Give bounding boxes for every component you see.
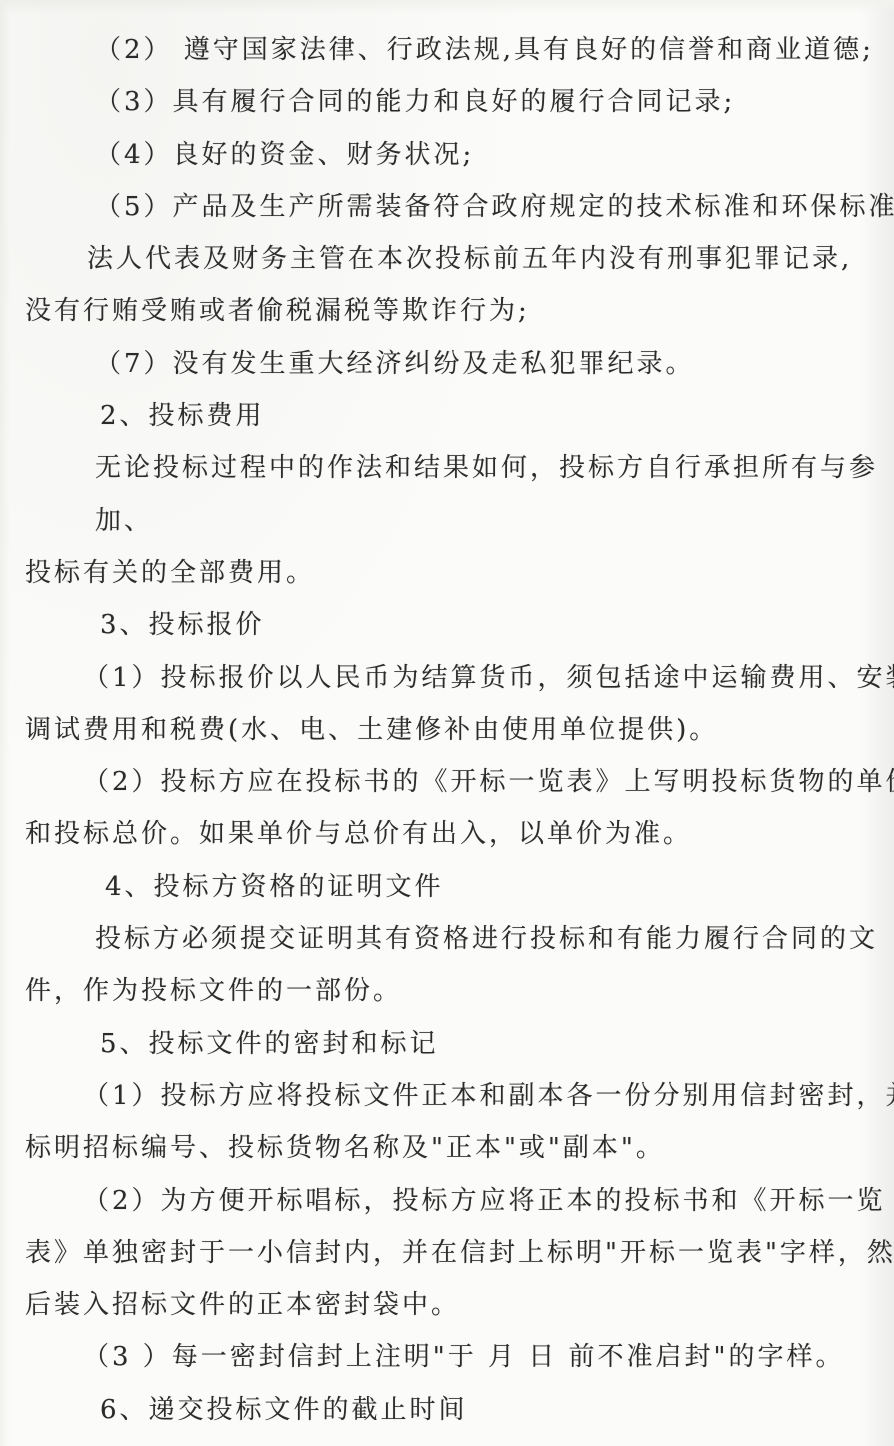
doc-line-section-5-cont-1: 标明招标编号、投标货物名称及"正本"或"副本"。: [25, 1122, 894, 1174]
doc-line-section-5-title: 5、投标文件的密封和标记: [100, 1018, 894, 1070]
doc-line-section-3-cont-1: 调试费用和税费(水、电、土建修补由使用单位提供)。: [25, 704, 894, 756]
doc-line-section-5-sub-2: （2）为方便开标唱标，投标方应将正本的投标书和《开标一览: [83, 1175, 894, 1227]
doc-line-section-3-cont-2: 和投标总价。如果单价与总价有出入，以单价为准。: [25, 808, 894, 860]
doc-line-section-2-cont-2: 投标有关的全部费用。: [25, 547, 894, 599]
doc-line-item-6-para: 法人代表及财务主管在本次投标前五年内没有刑事犯罪记录,: [87, 233, 894, 285]
doc-line-section-4-para: 投标方必须提交证明其有资格进行投标和有能力履行合同的文: [95, 913, 894, 965]
doc-line-item-5: （5）产品及生产所需装备符合政府规定的技术标准和环保标准;(6): [95, 181, 894, 233]
doc-line-section-2-cont-1: 加、: [95, 495, 894, 547]
doc-line-section-3-sub-2: （2）投标方应在投标书的《开标一览表》上写明投标货物的单价: [83, 756, 894, 808]
doc-line-item-4: （4）良好的资金、财务状况;: [95, 129, 894, 181]
doc-line-section-5-cont-2: 表》单独密封于一小信封内，并在信封上标明"开标一览表"字样，然: [25, 1227, 894, 1279]
doc-line-section-3-sub-1: （1）投标报价以人民币为结算货币，须包括途中运输费用、安装: [83, 652, 894, 704]
doc-line-section-5-sub-1: （1）投标方应将投标文件正本和副本各一份分别用信封密封，并: [83, 1070, 894, 1122]
doc-line-section-2-title: 2、投标费用: [100, 390, 894, 442]
doc-line-section-2-para: 无论投标过程中的作法和结果如何，投标方自行承担所有与参: [95, 442, 894, 494]
doc-line-item-2: （2） 遵守国家法律、行政法规,具有良好的信誉和商业道德;: [95, 24, 894, 76]
doc-line-section-4-cont: 件，作为投标文件的一部份。: [25, 965, 894, 1017]
doc-line-item-6-cont: 没有行贿受贿或者偷税漏税等欺诈行为;: [25, 285, 894, 337]
document-page: （2） 遵守国家法律、行政法规,具有良好的信誉和商业道德; （3）具有履行合同的…: [0, 0, 894, 1446]
doc-line-section-4-title: 4、投标方资格的证明文件: [105, 861, 894, 913]
doc-line-section-5-sub-3: （3 ）每一密封信封上注明"于 月 日 前不准启封"的字样。: [83, 1331, 894, 1383]
doc-line-item-3: （3）具有履行合同的能力和良好的履行合同记录;: [95, 76, 894, 128]
doc-line-section-3-title: 3、投标报价: [100, 599, 894, 651]
doc-line-item-7: （7）没有发生重大经济纠纷及走私犯罪纪录。: [95, 338, 894, 390]
doc-line-section-6-title: 6、递交投标文件的截止时间: [100, 1384, 894, 1436]
doc-line-section-5-cont-3: 后装入招标文件的正本密封袋中。: [25, 1279, 894, 1331]
